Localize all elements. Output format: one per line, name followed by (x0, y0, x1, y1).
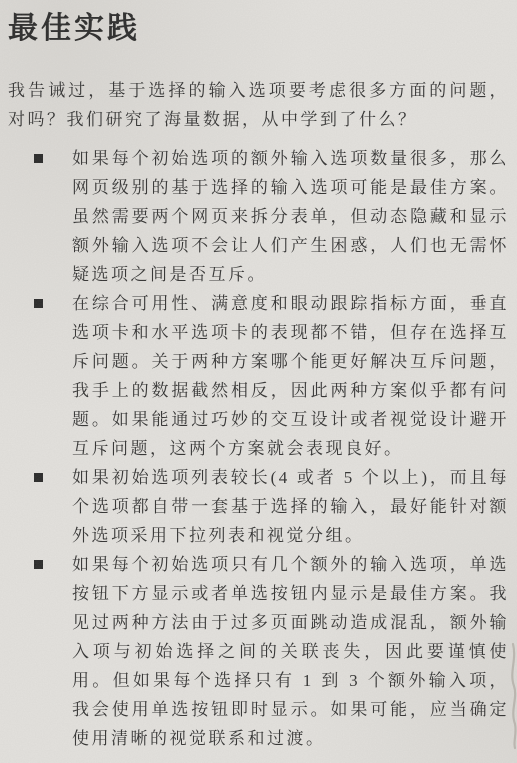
intro-paragraph: 我告诫过，基于选择的输入选项要考虑很多方面的问题，对吗？我们研究了海量数据，从中… (8, 76, 509, 134)
best-practices-list: 如果每个初始选项的额外输入选项数量很多，那么网页级别的基于选择的输入选项可能是最… (8, 144, 509, 753)
page-content: 最佳实践 我告诫过，基于选择的输入选项要考虑很多方面的问题，对吗？我们研究了海量… (0, 0, 517, 753)
list-item: 在综合可用性、满意度和眼动跟踪指标方面，垂直选项卡和水平选项卡的表现都不错，但存… (8, 289, 509, 463)
square-bullet-icon (34, 473, 43, 482)
list-item-text: 如果每个初始选项的额外输入选项数量很多，那么网页级别的基于选择的输入选项可能是最… (72, 144, 509, 289)
list-item-text: 在综合可用性、满意度和眼动跟踪指标方面，垂直选项卡和水平选项卡的表现都不错，但存… (72, 289, 509, 463)
square-bullet-icon (34, 154, 43, 163)
list-item: 如果每个初始选项只有几个额外的输入选项，单选按钮下方显示或者单选按钮内显示是最佳… (8, 550, 509, 753)
page-title: 最佳实践 (8, 12, 509, 46)
list-item-text: 如果初始选项列表较长(4 或者 5 个以上)，而且每个选项都自带一套基于选择的输… (72, 463, 509, 550)
list-item: 如果每个初始选项的额外输入选项数量很多，那么网页级别的基于选择的输入选项可能是最… (8, 144, 509, 289)
scanned-book-page: { "page": { "title": "最佳实践", "intro": "我… (0, 0, 517, 763)
list-item: 如果初始选项列表较长(4 或者 5 个以上)，而且每个选项都自带一套基于选择的输… (8, 463, 509, 550)
list-item-text: 如果每个初始选项只有几个额外的输入选项，单选按钮下方显示或者单选按钮内显示是最佳… (72, 550, 509, 753)
square-bullet-icon (34, 560, 43, 569)
square-bullet-icon (34, 299, 43, 308)
